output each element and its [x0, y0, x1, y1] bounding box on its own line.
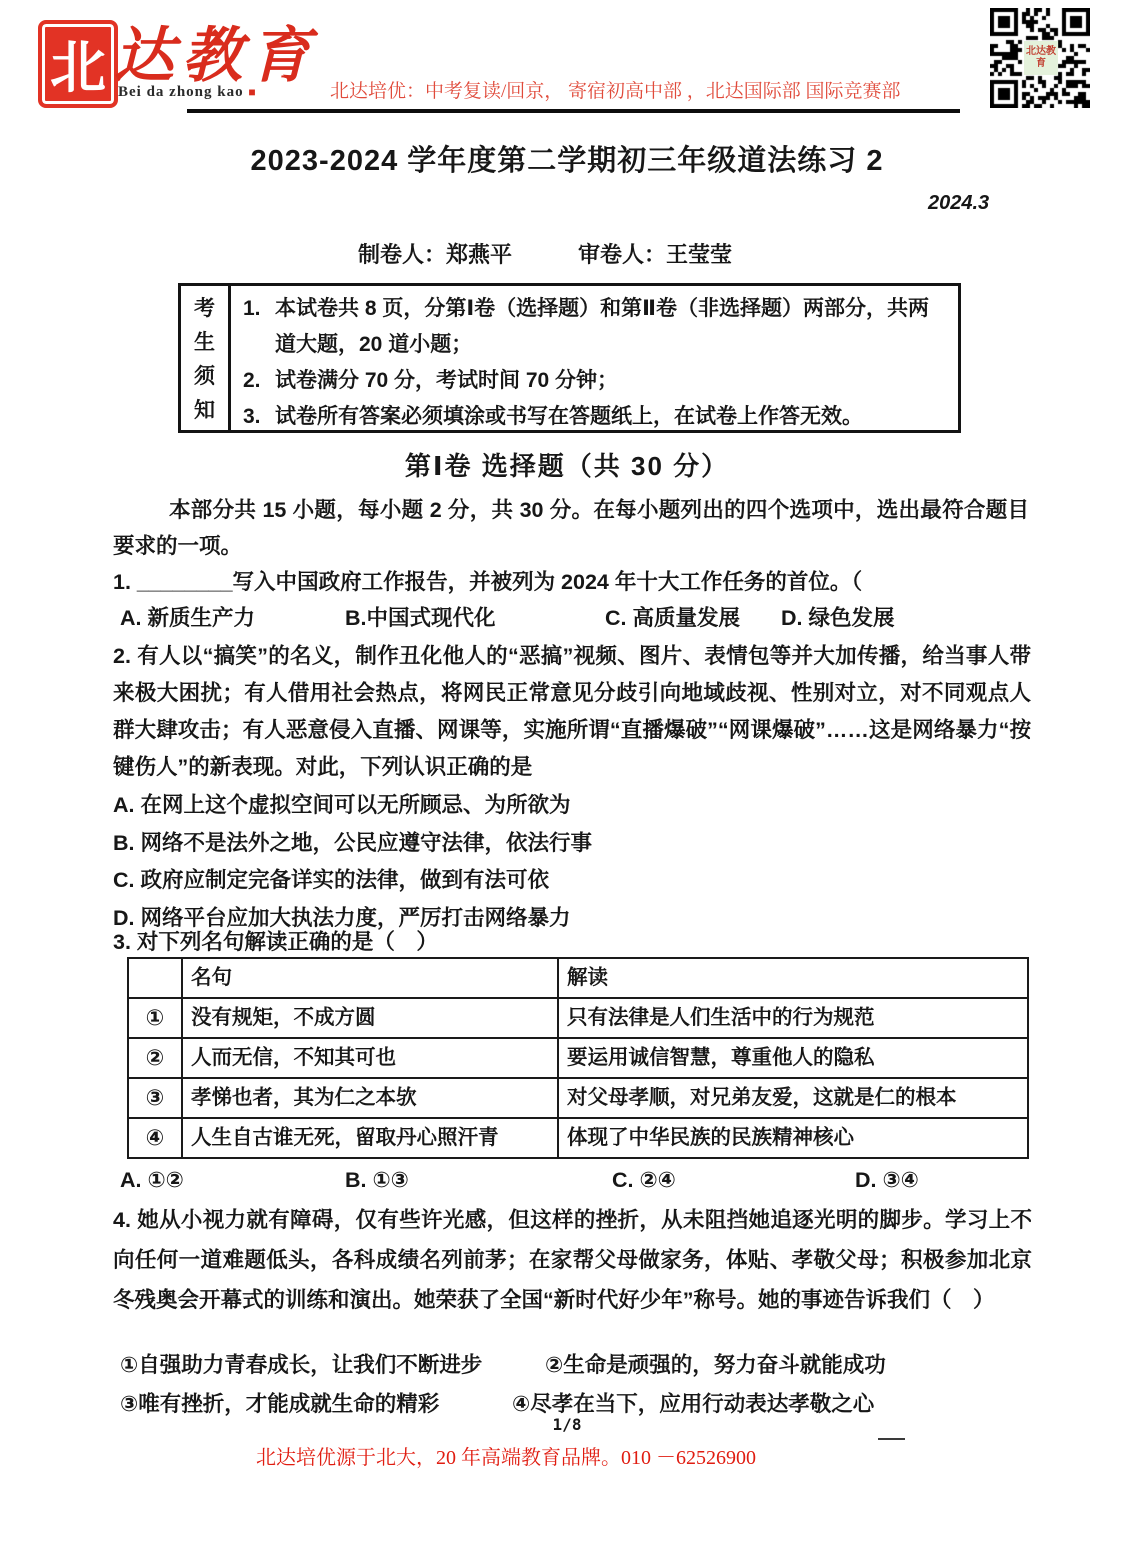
brand-name: 达教育 [114, 8, 318, 94]
option: C. ②④ [612, 1168, 676, 1193]
header-slogan: 北达培优：中考复读/回京， 寄宿初高中部 ，北达国际部 国际竞赛部 [330, 76, 901, 103]
brand-romanized: Bei da zhong kao ■ [118, 84, 257, 101]
page-number: 1/8 [117, 1415, 1017, 1434]
exam-date: 2024.3 [928, 192, 989, 215]
option: B.中国式现代化 [345, 601, 496, 632]
table-row: ③ 孝悌也者，其为仁之本欤 对父母孝顺，对兄弟友爱，这就是仁的根本 [128, 1078, 1028, 1118]
option: ②生命是顽强的，努力奋斗就能成功 [545, 1348, 886, 1379]
question-3-stem: 3. 对下列名句解读正确的是（ ） [113, 925, 438, 956]
table-header-row: 名句 解读 [128, 958, 1028, 998]
option: ③唯有挫折，才能成就生命的精彩 [120, 1387, 439, 1418]
qr-center-label: 北达教育 [1024, 41, 1058, 75]
notice-side-label: 考 生 须 知 [181, 286, 231, 430]
option: B. 网络不是法外之地，公民应遵守法律，依法行事 [113, 825, 592, 863]
notice-item: 2. 试卷满分 70 分，考试时间 70 分钟； [243, 363, 948, 399]
option: A. 在网上这个虚拟空间可以无所顾忌、为所欲为 [113, 787, 592, 825]
header-rule [187, 109, 960, 113]
option: D. ③④ [855, 1168, 919, 1193]
exam-page: 北 达教育 Bei da zhong kao ■ 北达培优：中考复读/回京， 寄… [0, 0, 1134, 1559]
option: D. 绿色发展 [781, 601, 894, 632]
option: C. 政府应制定完备详实的法律，做到有法可依 [113, 862, 592, 900]
question-2-options: A. 在网上这个虚拟空间可以无所顾忌、为所欲为 B. 网络不是法外之地，公民应遵… [113, 787, 592, 937]
stray-mark [878, 1438, 905, 1440]
option: ④尽孝在当下，应用行动表达孝敬之心 [512, 1387, 874, 1418]
option: B. ①③ [345, 1168, 409, 1193]
footer-brand-line: 北达培优源于北大，20 年高端教育品牌。010 －62526900 [256, 1441, 756, 1470]
option: A. ①② [120, 1168, 184, 1193]
section-intro: 本部分共 15 小题，每小题 2 分，共 30 分。在每小题列出的四个选项中，选… [113, 492, 1029, 564]
question-3-options: A. ①② B. ①③ C. ②④ D. ③④ [113, 1168, 1033, 1204]
examinee-notice-box: 考 生 须 知 1. 本试卷共 8 页，分第Ⅰ卷（选择题）和第Ⅱ卷（非选择题）两… [178, 283, 961, 433]
table-row: ① 没有规矩，不成方圆 只有法律是人们生活中的行为规范 [128, 998, 1028, 1038]
question-3-table: 名句 解读 ① 没有规矩，不成方圆 只有法律是人们生活中的行为规范 ② 人而无信… [127, 957, 1029, 1159]
notice-items: 1. 本试卷共 8 页，分第Ⅰ卷（选择题）和第Ⅱ卷（非选择题）两部分，共两道大题… [231, 286, 958, 430]
table-row: ② 人而无信，不知其可也 要运用诚信智慧，尊重他人的隐私 [128, 1038, 1028, 1078]
table-row: ④ 人生自古谁无死，留取丹心照汗青 体现了中华民族的民族精神核心 [128, 1118, 1028, 1158]
option: ①自强助力青春成长，让我们不断进步 [120, 1348, 482, 1379]
option: C. 高质量发展 [605, 601, 740, 632]
seal-character: 北 [50, 24, 106, 104]
red-square-icon: ■ [248, 85, 256, 99]
section-heading: 第Ⅰ卷 选择题（共 30 分） [117, 446, 1017, 483]
notice-item: 3. 试卷所有答案必须填涂或书写在答题纸上，在试卷上作答无效。 [243, 399, 948, 435]
question-4-stem: 4. 她从小视力就有障碍，仅有些许光感，但这样的挫折，从未阻挡她追逐光明的脚步。… [113, 1200, 1032, 1320]
option: A. 新质生产力 [120, 601, 255, 632]
question-1-options: A. 新质生产力 B.中国式现代化 C. 高质量发展 D. 绿色发展 [113, 601, 1033, 637]
question-2-stem: 2. 有人以“搞笑”的名义，制作丑化他人的“恶搞”视频、图片、表情包等并大加传播… [113, 638, 1031, 786]
page-title: 2023-2024 学年度第二学期初三年级道法练习 2 [117, 138, 1017, 179]
authors-line: 制卷人：郑燕平 审卷人：王莹莹 [358, 238, 732, 269]
brand-seal-icon: 北 [38, 20, 118, 108]
question-1-stem: 1. ________写入中国政府工作报告，并被列为 2024 年十大工作任务的… [113, 565, 862, 596]
question-4-options-line1: ①自强助力青春成长，让我们不断进步 ②生命是顽强的，努力奋斗就能成功 [113, 1348, 1033, 1386]
notice-item: 1. 本试卷共 8 页，分第Ⅰ卷（选择题）和第Ⅱ卷（非选择题）两部分，共两道大题… [243, 291, 948, 363]
qr-code: 北达教育 [990, 8, 1090, 108]
